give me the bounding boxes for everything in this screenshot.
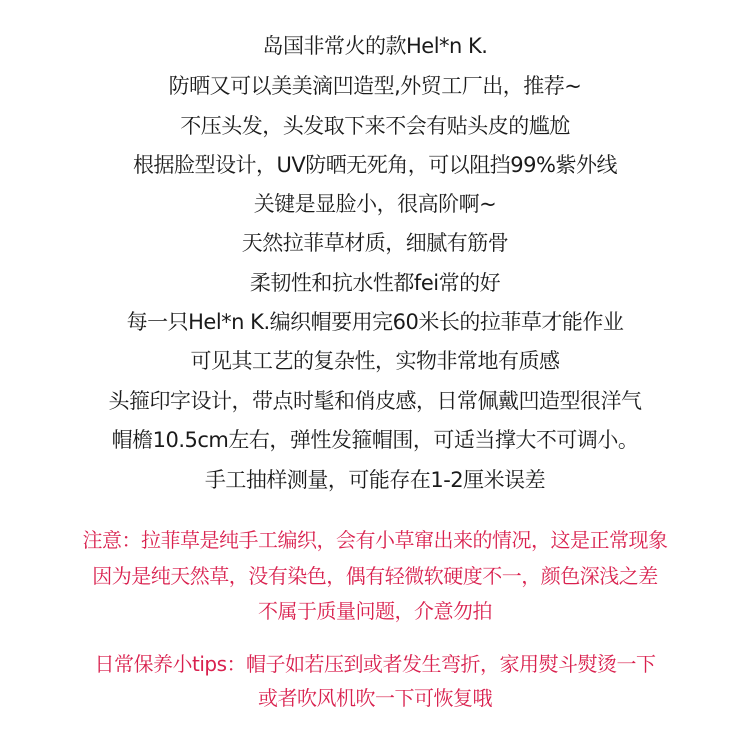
description-line: 根据脸型设计，UV防晒无死角，可以阻挡99%紫外线 (0, 150, 750, 180)
description-line: 关键是显脸小，很高阶啊~ (0, 189, 750, 219)
notice-line: 注意：拉菲草是纯手工编织，会有小草窜出来的情况，这是正常现象 (0, 525, 750, 555)
notice-line: 不属于质量问题，介意勿拍 (0, 596, 750, 626)
description-line: 岛国非常火的款Hel*n K. (0, 31, 750, 61)
description-line: 每一只Hel*n K.编织帽要用完60米长的拉菲草才能作业 (0, 307, 750, 337)
description-line: 柔韧性和抗水性都fei常的好 (0, 268, 750, 298)
care-tips-line: 日常保养小tips：帽子如若压到或者发生弯折，家用熨斗熨烫一下 (0, 649, 750, 679)
description-line: 帽檐10.5cm左右，弹性发箍帽围，可适当撑大不可调小。 (0, 425, 750, 455)
description-line: 防晒又可以美美滴凹造型,外贸工厂出，推荐~ (0, 71, 750, 101)
care-tips-line: 或者吹风机吹一下可恢复哦 (0, 683, 750, 713)
description-line: 天然拉菲草材质，细腻有筋骨 (0, 228, 750, 258)
description-line: 不压头发，头发取下来不会有贴头皮的尴尬 (0, 111, 750, 141)
description-line: 头箍印字设计，带点时髦和俏皮感，日常佩戴凹造型很洋气 (0, 386, 750, 416)
notice-line: 因为是纯天然草，没有染色，偶有轻微软硬度不一，颜色深浅之差 (0, 561, 750, 591)
description-line: 手工抽样测量，可能存在1-2厘米误差 (0, 465, 750, 495)
product-description-page: 岛国非常火的款Hel*n K. 防晒又可以美美滴凹造型,外贸工厂出，推荐~ 不压… (0, 0, 750, 750)
description-line: 可见其工艺的复杂性，实物非常地有质感 (0, 346, 750, 376)
